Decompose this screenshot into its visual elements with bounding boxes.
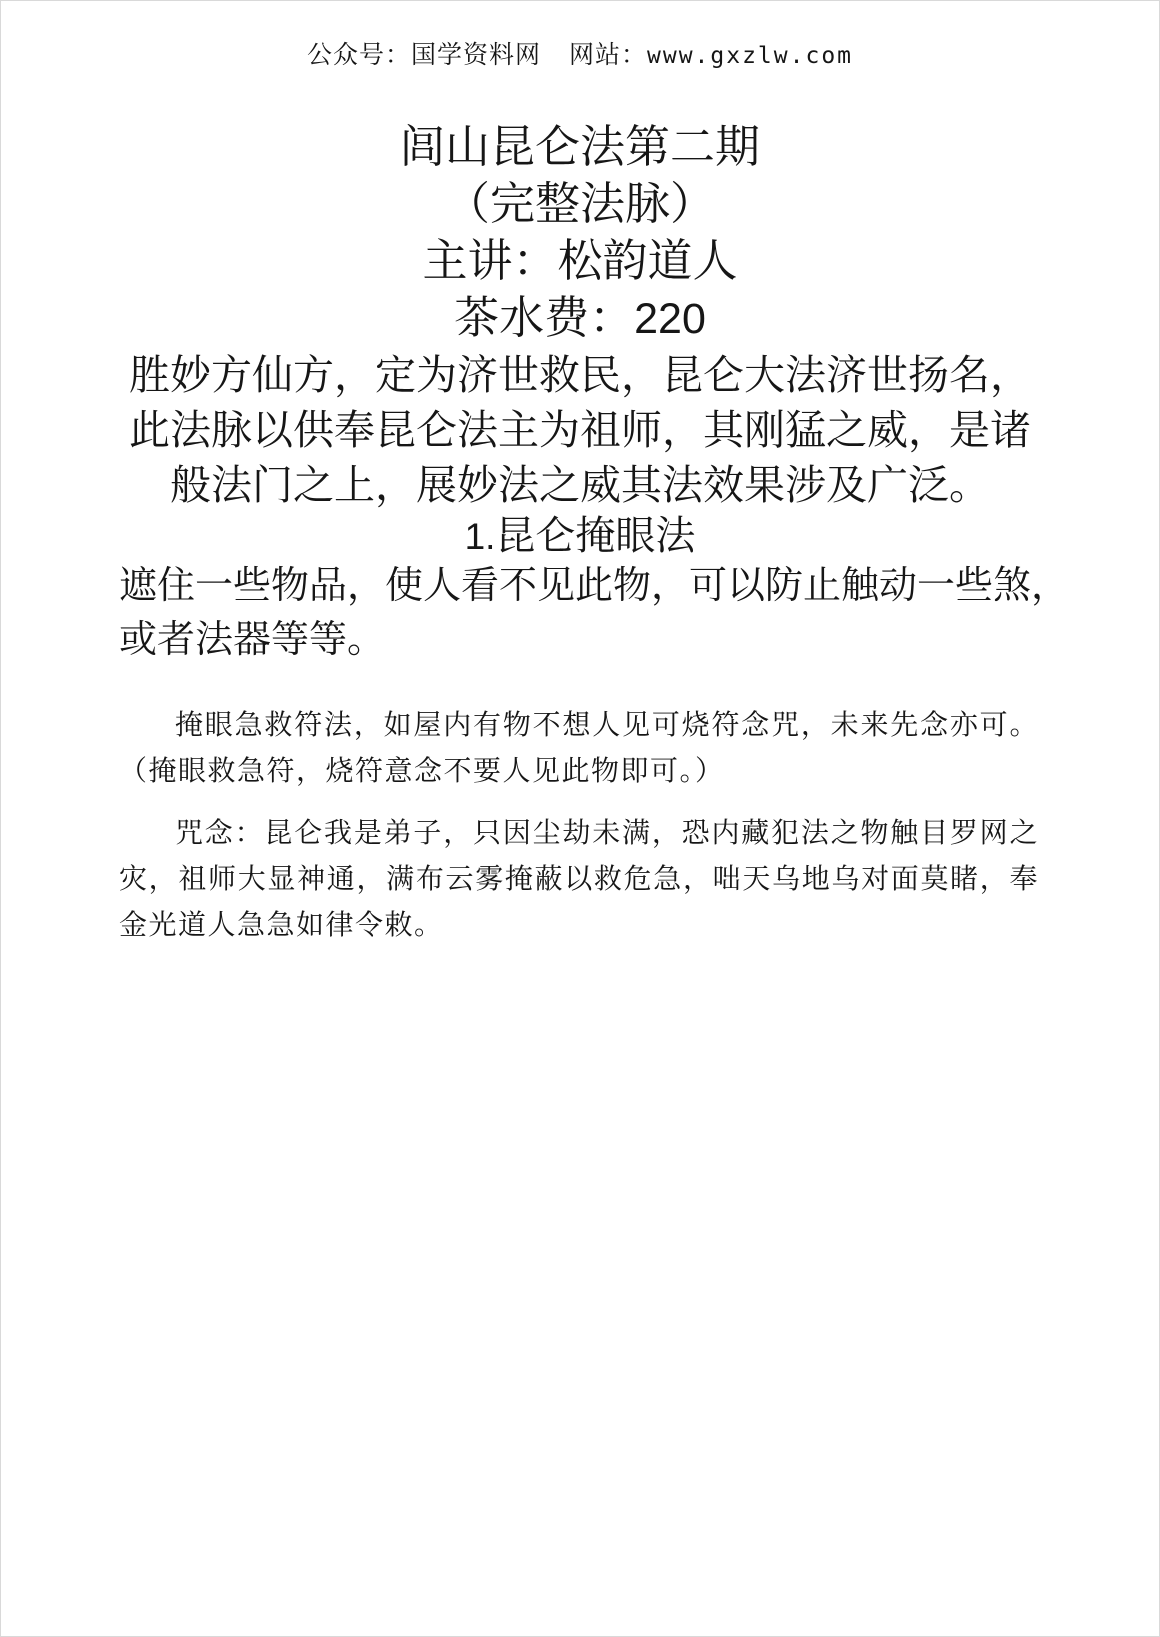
doc-header: 公众号：国学资料网网站：www.gxzlw.com (119, 41, 1041, 71)
fee-line: 茶水费：220 (119, 290, 1041, 348)
intro-line-2: 此法脉以供奉昆仑法主为祖师，其刚猛之威，是诸 (119, 403, 1041, 458)
intro-line-1: 胜妙方仙方，定为济世救民，昆仑大法济世扬名， (119, 348, 1041, 403)
section-1-heading: 1.昆仑掩眼法 (119, 513, 1041, 559)
incantation-paragraph: 咒念：昆仑我是弟子，只因尘劫未满，恐内藏犯法之物触目罗网之灾，祖师大显神通，满布… (119, 811, 1039, 949)
talisman-instructions-paragraph: 掩眼急救符法，如屋内有物不想人见可烧符念咒，未来先念亦可。（掩眼救急符，烧符意念… (119, 703, 1039, 795)
document-page: 公众号：国学资料网网站：www.gxzlw.com 闾山昆仑法第二期 （完整法脉… (0, 0, 1160, 1637)
description-line-1: 遮住一些物品，使人看不见此物，可以防止触动一些煞， (119, 559, 1041, 613)
document-subtitle: （完整法脉） (119, 176, 1041, 233)
website-url: www.gxzlw.com (647, 43, 853, 69)
wechat-account-label: 公众号：国学资料网 (307, 42, 541, 69)
section-1-number: 1. (465, 516, 496, 557)
lecturer-line: 主讲：松韵道人 (119, 233, 1041, 290)
description-line-2: 或者法器等等。 (119, 613, 1041, 667)
website-label: 网站： (569, 42, 647, 69)
fee-value: 220 (634, 295, 706, 343)
title-block: 闾山昆仑法第二期 （完整法脉） 主讲：松韵道人 茶水费：220 (119, 119, 1041, 348)
fee-label: 茶水费： (454, 293, 634, 343)
section-1-title: 昆仑掩眼法 (495, 513, 695, 558)
document-title: 闾山昆仑法第二期 (119, 119, 1041, 176)
section-1-description: 遮住一些物品，使人看不见此物，可以防止触动一些煞， 或者法器等等。 (119, 559, 1041, 667)
intro-line-3: 般法门之上，展妙法之威其法效果涉及广泛。 (119, 458, 1041, 513)
intro-paragraph: 胜妙方仙方，定为济世救民，昆仑大法济世扬名， 此法脉以供奉昆仑法主为祖师，其刚猛… (119, 348, 1041, 513)
